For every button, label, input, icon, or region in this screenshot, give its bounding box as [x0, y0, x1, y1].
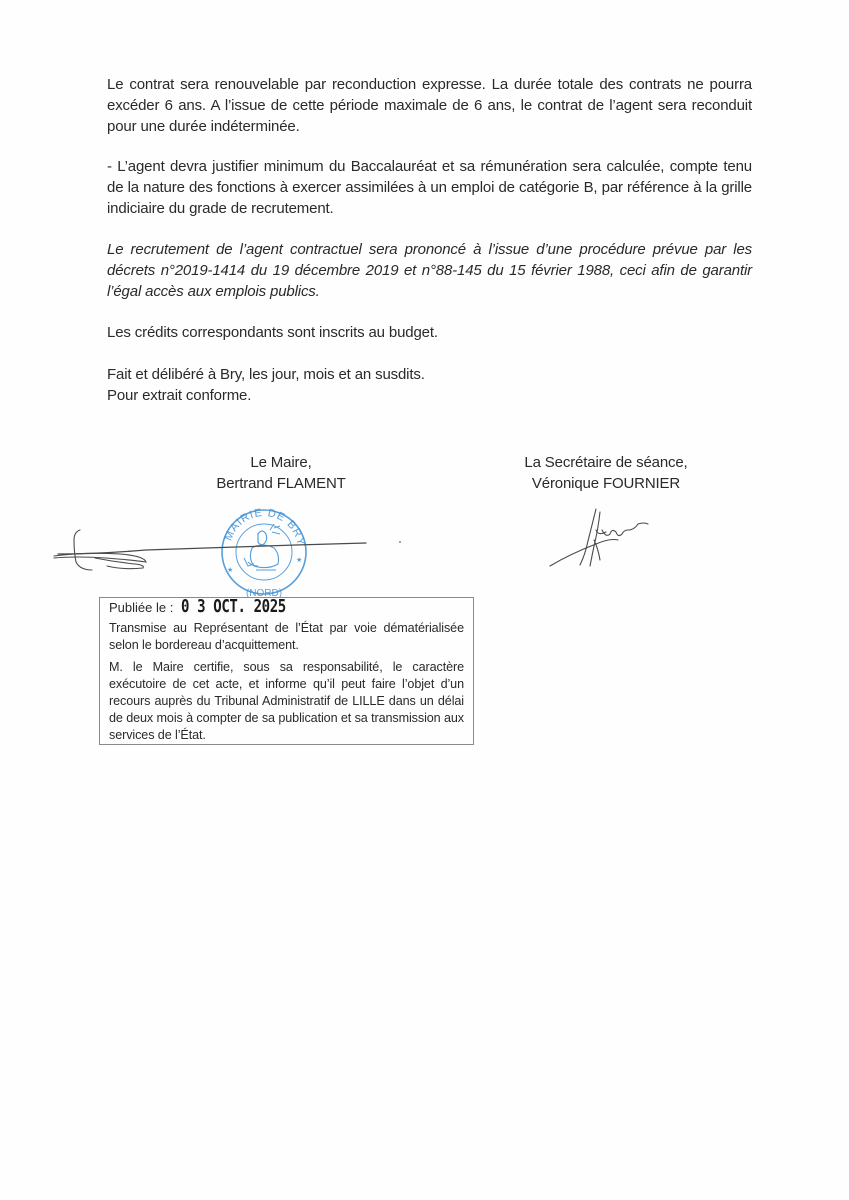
- mayor-name: Bertrand FLAMENT: [176, 473, 386, 494]
- secretary-name: Véronique FOURNIER: [486, 473, 726, 494]
- publication-date-row: Publiée le : 0 3 OCT. 2025: [109, 598, 464, 620]
- publication-label: Publiée le :: [109, 599, 173, 616]
- publication-date-stamp: 0 3 OCT. 2025: [181, 598, 286, 615]
- mayor-signatory: Le Maire, Bertrand FLAMENT: [176, 452, 386, 494]
- mayor-signature-icon: [54, 530, 366, 570]
- mayor-title: Le Maire,: [176, 452, 386, 473]
- secretary-signature-icon: [550, 509, 648, 566]
- document-page: Le contrat sera renouvelable par recondu…: [0, 0, 849, 1200]
- transmission-notice: Transmise au Représentant de l’État par …: [109, 620, 464, 654]
- closing-line-extract: Pour extrait conforme.: [107, 385, 752, 406]
- publication-box: Publiée le : 0 3 OCT. 2025 Transmise au …: [99, 597, 474, 745]
- paragraph-budget: Les crédits correspondants sont inscrits…: [107, 322, 752, 343]
- closing-block: Fait et délibéré à Bry, les jour, mois e…: [107, 364, 752, 406]
- svg-text:★: ★: [296, 556, 302, 564]
- paragraph-recruitment-procedure: Le recrutement de l’agent contractuel se…: [107, 239, 752, 302]
- mairie-stamp-icon: MAIRIE DE BRY (NORD) ★ ★: [218, 500, 310, 600]
- secretary-signatory: La Secrétaire de séance, Véronique FOURN…: [486, 452, 726, 494]
- svg-text:★: ★: [227, 566, 233, 574]
- closing-line-made: Fait et délibéré à Bry, les jour, mois e…: [107, 364, 752, 385]
- secretary-title: La Secrétaire de séance,: [486, 452, 726, 473]
- certification-notice: M. le Maire certifie, sous sa responsabi…: [109, 659, 464, 744]
- paragraph-qualification: - L’agent devra justifier minimum du Bac…: [107, 156, 752, 219]
- paragraph-contract-renewal: Le contrat sera renouvelable par recondu…: [107, 74, 752, 137]
- svg-text:MAIRIE DE BRY: MAIRIE DE BRY: [222, 507, 306, 547]
